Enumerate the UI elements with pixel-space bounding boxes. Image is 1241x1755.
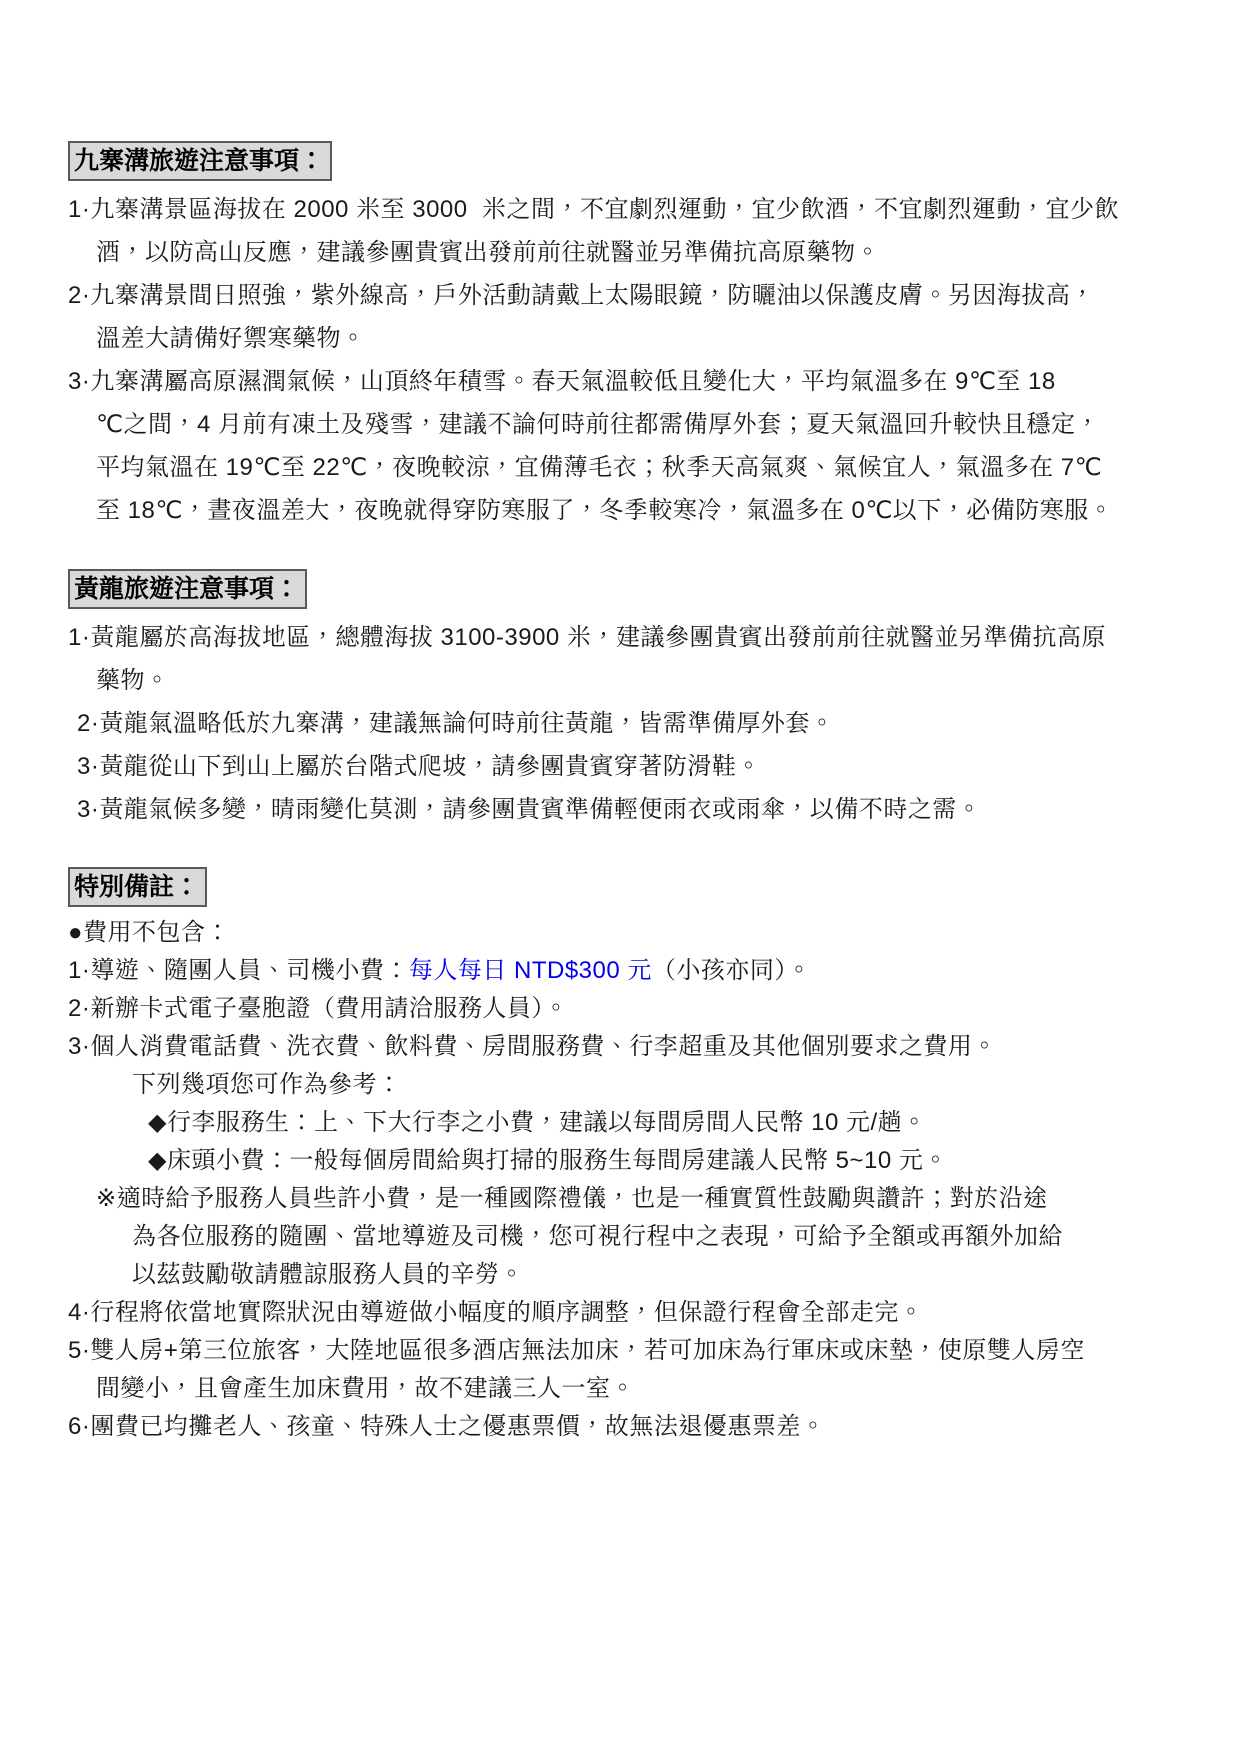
text-line: 以茲鼓勵敬請體諒服務人員的辛勞。 [68,1256,1185,1294]
section-special-remarks: 特別備註： ●費用不包含：1·導遊、隨團人員、司機小費：每人每日 NTD$300… [68,867,1185,1446]
text-run: 為各位服務的隨團、當地導遊及司機，您可視行程中之表現，可給予全額或再額外加給 [132,1223,1063,1250]
text-run: 6·團費已均攤老人、孩童、特殊人士之優惠票價，故無法退優惠票差。 [68,1413,825,1440]
section-title-special-remarks: 特別備註： [68,867,207,907]
text-line: 1·黃龍屬於高海拔地區，總體海拔 3100-3900 米，建議參團貴賓出發前前往… [68,616,1185,659]
text-run: 1·九寨溝景區海拔在 2000 米至 3000 米之間，不宜劇烈運動，宜少飲酒，… [68,196,1119,223]
highlighted-fee-text: 每人每日 NTD$300 元 [409,957,652,984]
text-line: ※適時給予服務人員些許小費，是一種國際禮儀，也是一種實質性鼓勵與讚許；對於沿途 [68,1180,1185,1218]
text-run: 3·個人消費電話費、洗衣費、飲料費、房間服務費、行李超重及其他個別要求之費用。 [68,1033,997,1060]
text-run: ◆床頭小費：一般每個房間給與打掃的服務生每間房建議人民幣 5~10 元。 [148,1147,948,1174]
text-line: 酒，以防高山反應，建議參團貴賓出發前前往就醫並另準備抗高原藥物。 [68,231,1185,274]
text-line: 3·九寨溝屬高原濕潤氣候，山頂終年積雪。春天氣溫較低且變化大，平均氣溫多在 9℃… [68,360,1185,403]
text-run: ◆行李服務生：上、下大行李之小費，建議以每間房間人民幣 10 元/趟。 [148,1109,927,1136]
text-line: 藥物。 [68,659,1185,702]
text-line: 至 18℃，晝夜溫差大，夜晚就得穿防寒服了，冬季較寒冷，氣溫多在 0℃以下，必備… [68,489,1185,532]
text-line: ◆床頭小費：一般每個房間給與打掃的服務生每間房建議人民幣 5~10 元。 [68,1142,1185,1180]
text-line: 2·新辦卡式電子臺胞證（費用請洽服務人員）。 [68,990,1185,1028]
text-run: 酒，以防高山反應，建議參團貴賓出發前前往就醫並另準備抗高原藥物。 [96,239,880,266]
section-title-huanglong: 黃龍旅遊注意事項： [68,569,307,609]
text-line: 1·導遊、隨團人員、司機小費：每人每日 NTD$300 元（小孩亦同）。 [68,952,1185,990]
document-page: 九寨溝旅遊注意事項： 1·九寨溝景區海拔在 2000 米至 3000 米之間，不… [0,0,1241,1506]
text-line: 下列幾項您可作為參考： [68,1066,1185,1104]
text-run: ※適時給予服務人員些許小費，是一種國際禮儀，也是一種實質性鼓勵與讚許；對於沿途 [96,1185,1048,1212]
text-run: 至 18℃，晝夜溫差大，夜晚就得穿防寒服了，冬季較寒冷，氣溫多在 0℃以下，必備… [96,497,1113,524]
text-run: 藥物。 [96,667,170,694]
text-line: 2·九寨溝景間日照強，紫外線高，戶外活動請戴上太陽眼鏡，防曬油以保護皮膚。另因海… [68,274,1185,317]
text-line: 為各位服務的隨團、當地導遊及司機，您可視行程中之表現，可給予全額或再額外加給 [68,1218,1185,1256]
text-line: 6·團費已均攤老人、孩童、特殊人士之優惠票價，故無法退優惠票差。 [68,1408,1185,1446]
text-line: 2·黃龍氣溫略低於九寨溝，建議無論何時前往黃龍，皆需準備厚外套。 [68,702,1185,745]
section-body-special-remarks: ●費用不包含：1·導遊、隨團人員、司機小費：每人每日 NTD$300 元（小孩亦… [68,914,1185,1446]
text-run: ℃之間，4 月前有凍土及殘雪，建議不論何時前往都需備厚外套；夏天氣溫回升較快且穩… [96,411,1100,438]
text-run: 5·雙人房+第三位旅客，大陸地區很多酒店無法加床，若可加床為行軍床或床墊，使原雙… [68,1337,1085,1364]
text-run: 2·黃龍氣溫略低於九寨溝，建議無論何時前往黃龍，皆需準備厚外套。 [77,710,834,737]
text-run: 3·黃龍從山下到山上屬於台階式爬坡，請參團貴賓穿著防滑鞋。 [77,753,761,780]
text-run: 下列幾項您可作為參考： [132,1071,402,1098]
text-run: 3·九寨溝屬高原濕潤氣候，山頂終年積雪。春天氣溫較低且變化大，平均氣溫多在 9℃… [68,368,1056,395]
section-jiuzhaigou-notes: 九寨溝旅遊注意事項： 1·九寨溝景區海拔在 2000 米至 3000 米之間，不… [68,141,1185,532]
section-body-jiuzhaigou: 1·九寨溝景區海拔在 2000 米至 3000 米之間，不宜劇烈運動，宜少飲酒，… [68,188,1185,532]
text-line: 5·雙人房+第三位旅客，大陸地區很多酒店無法加床，若可加床為行軍床或床墊，使原雙… [68,1332,1185,1370]
text-run: 1·導遊、隨團人員、司機小費： [68,957,409,984]
text-line: ◆行李服務生：上、下大行李之小費，建議以每間房間人民幣 10 元/趟。 [68,1104,1185,1142]
section-huanglong-notes: 黃龍旅遊注意事項： 1·黃龍屬於高海拔地區，總體海拔 3100-3900 米，建… [68,569,1185,831]
text-run: 3·黃龍氣候多變，晴雨變化莫測，請參團貴賓準備輕便雨衣或雨傘，以備不時之需。 [77,796,981,823]
text-run: 間變小，且會產生加床費用，故不建議三人一室。 [96,1375,635,1402]
text-line: 3·黃龍從山下到山上屬於台階式爬坡，請參團貴賓穿著防滑鞋。 [68,745,1185,788]
text-run: 4·行程將依當地實際狀況由導遊做小幅度的順序調整，但保證行程會全部走完。 [68,1299,923,1326]
text-run: （小孩亦同）。 [652,957,812,984]
section-body-huanglong: 1·黃龍屬於高海拔地區，總體海拔 3100-3900 米，建議參團貴賓出發前前往… [68,616,1185,831]
text-line: 溫差大請備好禦寒藥物。 [68,317,1185,360]
text-run: 以茲鼓勵敬請體諒服務人員的辛勞。 [132,1261,524,1288]
text-run: 2·九寨溝景間日照強，紫外線高，戶外活動請戴上太陽眼鏡，防曬油以保護皮膚。另因海… [68,282,1095,309]
text-line: 間變小，且會產生加床費用，故不建議三人一室。 [68,1370,1185,1408]
text-line: 1·九寨溝景區海拔在 2000 米至 3000 米之間，不宜劇烈運動，宜少飲酒，… [68,188,1185,231]
text-run: 平均氣溫在 19℃至 22℃，夜晚較涼，宜備薄毛衣；秋季天高氣爽、氣候宜人，氣溫… [96,454,1102,481]
text-run: ●費用不包含： [68,919,230,946]
text-line: 3·個人消費電話費、洗衣費、飲料費、房間服務費、行李超重及其他個別要求之費用。 [68,1028,1185,1066]
text-run: 1·黃龍屬於高海拔地區，總體海拔 3100-3900 米，建議參團貴賓出發前前往… [68,624,1106,651]
text-line: 4·行程將依當地實際狀況由導遊做小幅度的順序調整，但保證行程會全部走完。 [68,1294,1185,1332]
text-line: ●費用不包含： [68,914,1185,952]
text-run: 溫差大請備好禦寒藥物。 [96,325,366,352]
text-run: 2·新辦卡式電子臺胞證（費用請洽服務人員）。 [68,995,568,1022]
section-title-jiuzhaigou: 九寨溝旅遊注意事項： [68,141,332,181]
text-line: ℃之間，4 月前有凍土及殘雪，建議不論何時前往都需備厚外套；夏天氣溫回升較快且穩… [68,403,1185,446]
text-line: 平均氣溫在 19℃至 22℃，夜晚較涼，宜備薄毛衣；秋季天高氣爽、氣候宜人，氣溫… [68,446,1185,489]
text-line: 3·黃龍氣候多變，晴雨變化莫測，請參團貴賓準備輕便雨衣或雨傘，以備不時之需。 [68,788,1185,831]
